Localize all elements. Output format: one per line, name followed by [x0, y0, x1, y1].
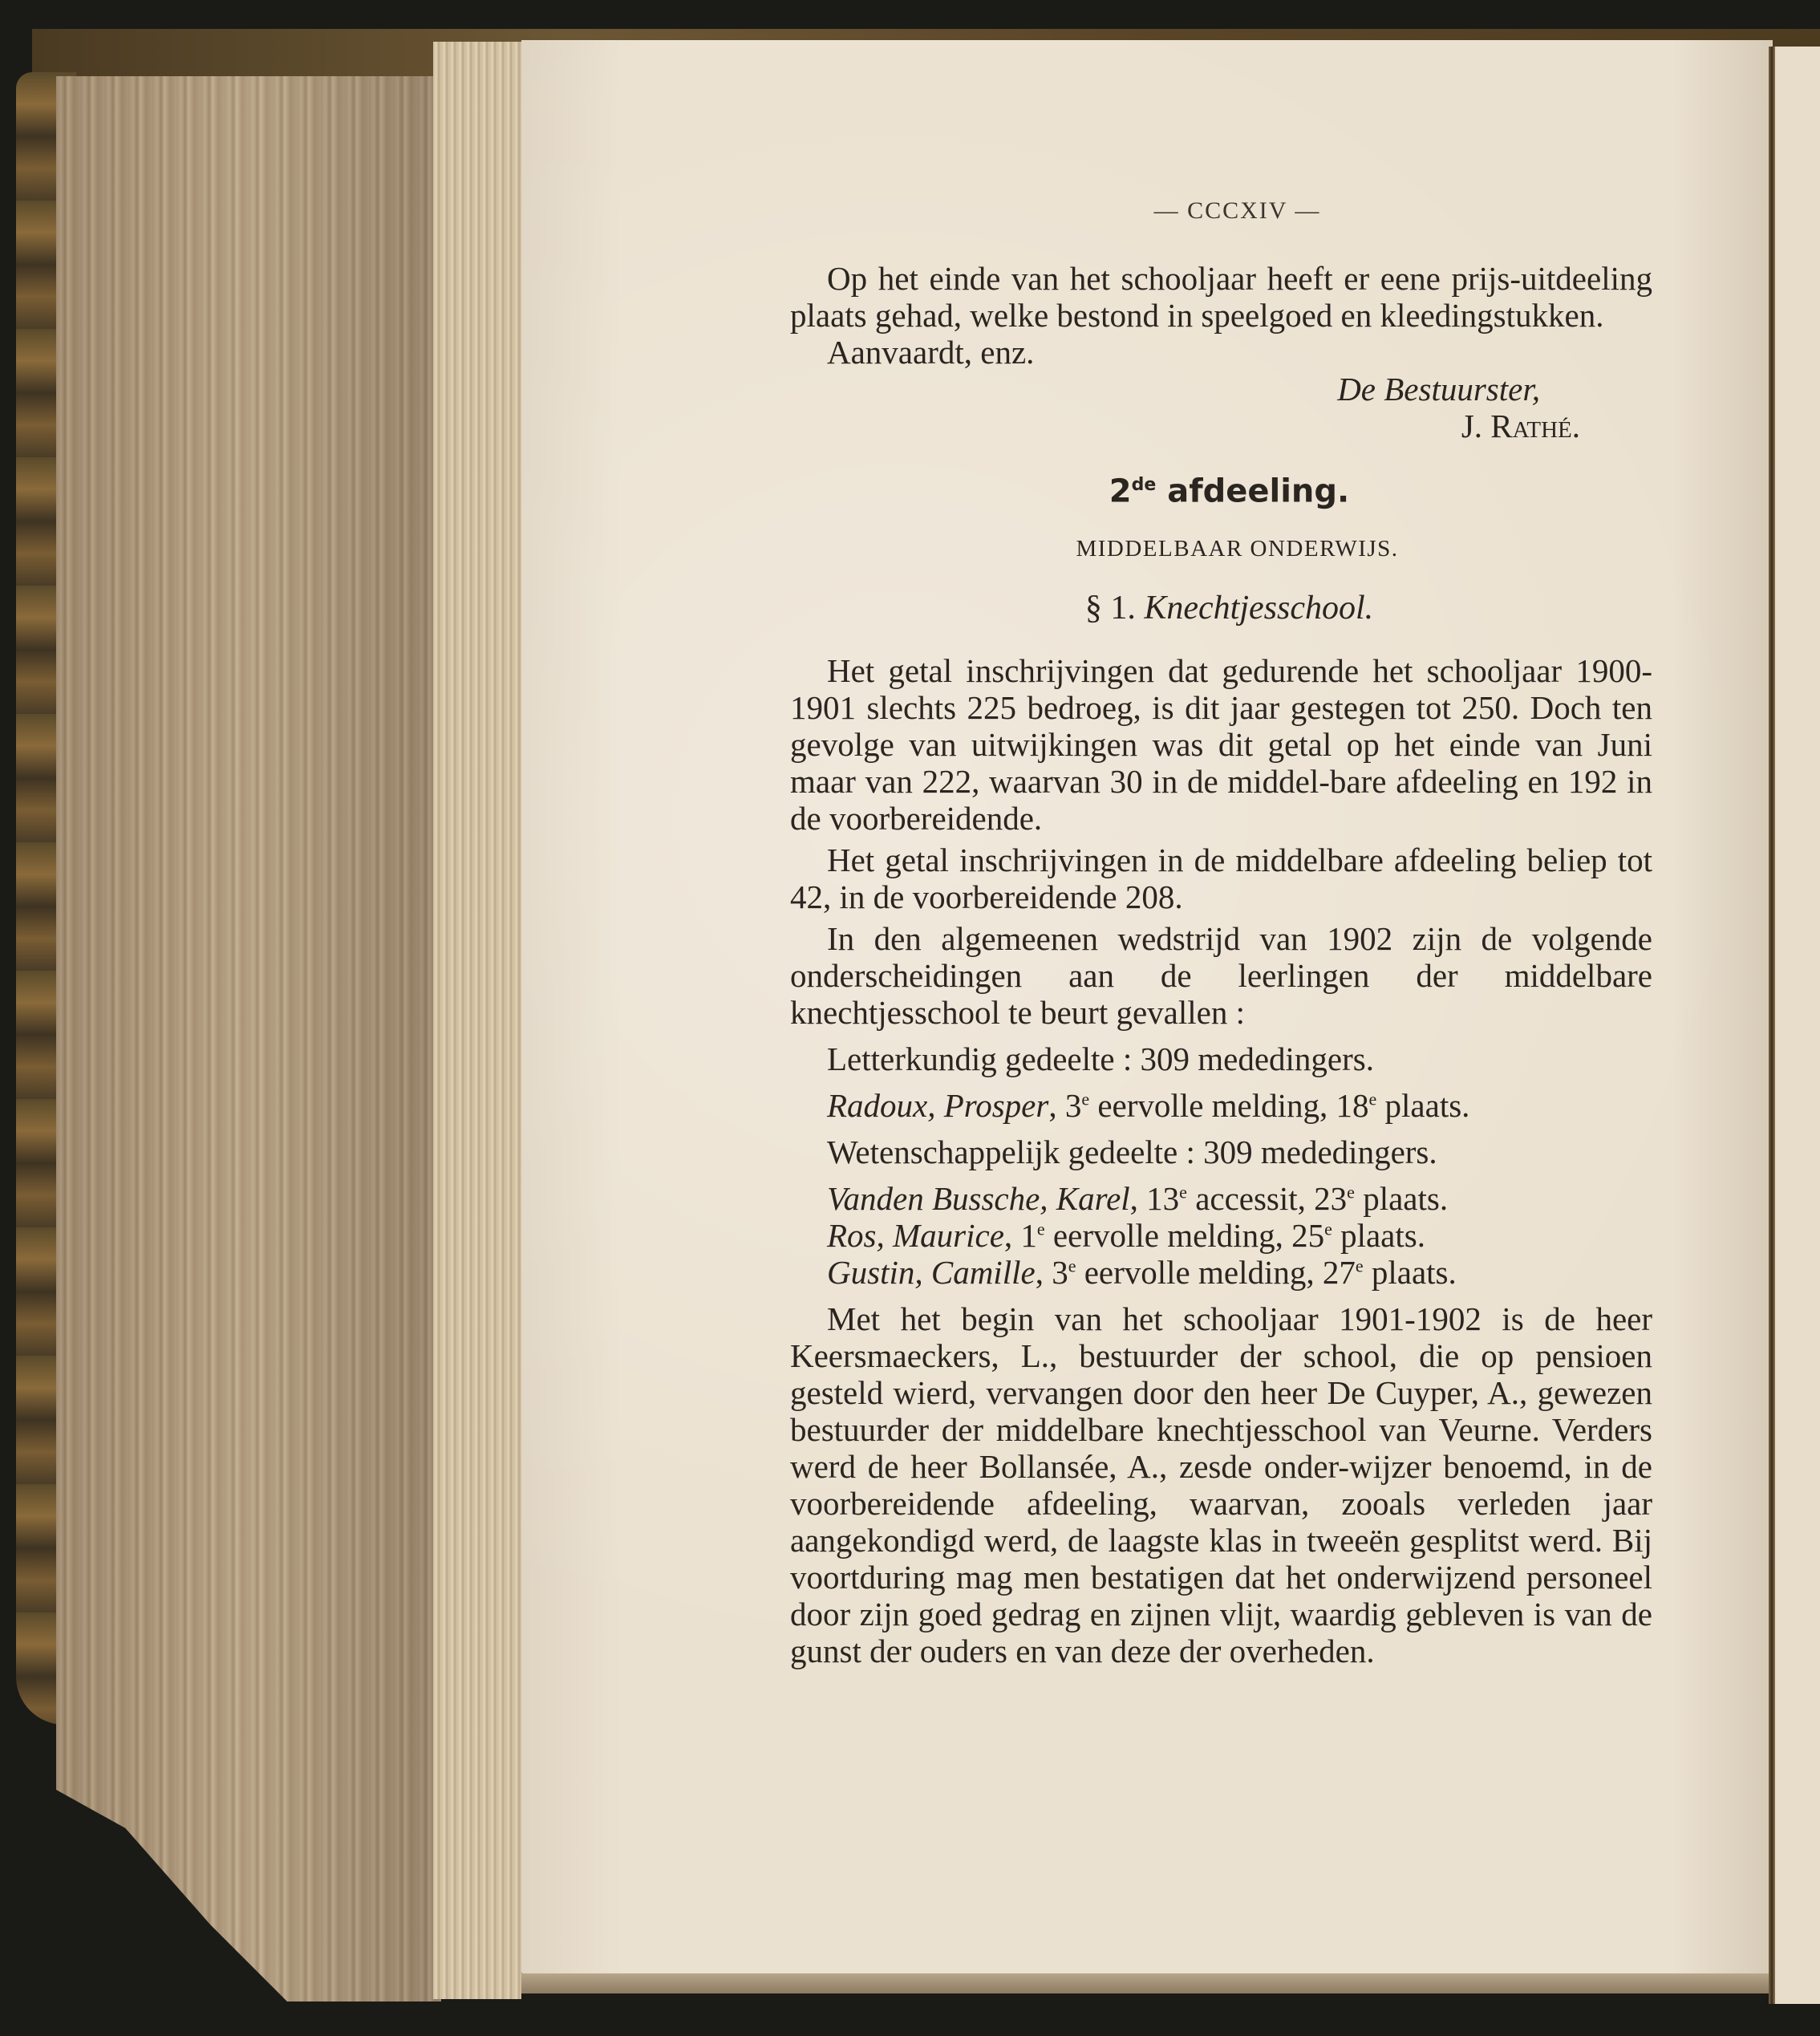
facing-page: [1775, 47, 1820, 2004]
page-content: — CCCXIV — Op het einde van het schoolja…: [790, 193, 1652, 1669]
book-gutter: [1769, 47, 1775, 2004]
signature-title: De Bestuurster,: [790, 371, 1652, 408]
signature-name: J. Rathé.: [790, 408, 1652, 444]
opening-paragraph: Op het einde van het schooljaar heeft er…: [790, 260, 1652, 334]
literary-heading: Letterkundig gedeelte : 309 mededingers.: [790, 1040, 1652, 1077]
closing-formula: Aanvaardt, enz.: [790, 334, 1652, 371]
section-subtitle: MIDDELBAAR ONDERWIJS.: [790, 530, 1652, 567]
body-paragraph-2: Het getal inschrijvingen in de middelbar…: [790, 842, 1652, 915]
body-paragraph-1: Het getal inschrijvingen dat gedurende h…: [790, 652, 1652, 837]
final-paragraph: Met het begin van het schooljaar 1901-19…: [790, 1300, 1652, 1669]
section-heading: 2de afdeeling.: [790, 467, 1652, 509]
page-bottom-edge: [521, 1973, 1773, 1993]
page-number: — CCCXIV —: [790, 193, 1652, 229]
paragraph-heading: § 1. Knechtjesschool.: [790, 590, 1652, 627]
award-entry: Radoux, Prosper, 3e eervolle melding, 18…: [790, 1087, 1652, 1124]
left-page-stack: [56, 76, 441, 2002]
award-entry: Gustin, Camille, 3e eervolle melding, 27…: [790, 1254, 1652, 1291]
scientific-heading: Wetenschappelijk gedeelte : 309 mededing…: [790, 1134, 1652, 1170]
page-edges: [433, 42, 521, 1999]
body-paragraph-3: In den algemeenen wedstrijd van 1902 zij…: [790, 920, 1652, 1031]
award-entry: Vanden Bussche, Karel, 13e accessit, 23e…: [790, 1180, 1652, 1217]
award-entry: Ros, Maurice, 1e eervolle melding, 25e p…: [790, 1217, 1652, 1254]
